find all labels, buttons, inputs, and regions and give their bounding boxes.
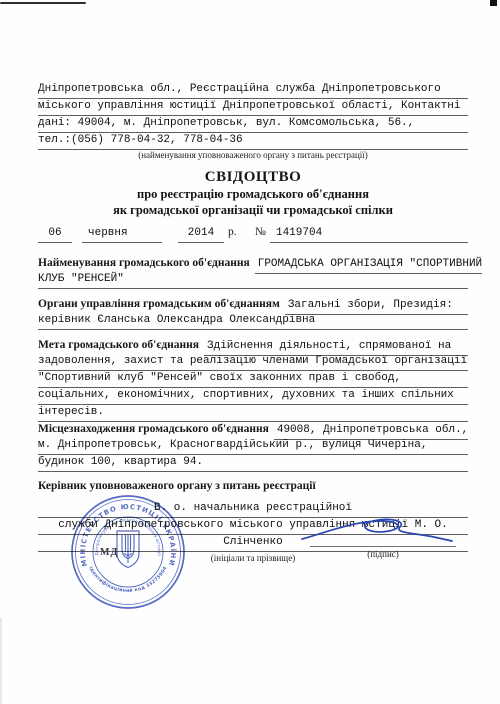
stamp-ring-top-text: ★ МІНІСТЕРСТВО ЮСТИЦІЇ УКРАЇНИ ★ [68, 492, 178, 567]
field-purpose-value: задоволення, захист та реалізацію членам… [38, 354, 468, 371]
number-sign: № [255, 226, 270, 238]
field-governing-bodies: Органи управління громадським об'єднання… [38, 297, 468, 330]
field-governing-bodies-value: керівник Єланська Олександра Олександрів… [38, 313, 468, 330]
ministry-stamp: ★ МІНІСТЕРСТВО ЮСТИЦІЇ УКРАЇНИ ★ ідентиф… [68, 492, 188, 612]
field-purpose-value: "Спортивний клуб "Ренсей" своїх законних… [38, 371, 468, 388]
year-suffix: р. [224, 226, 246, 238]
field-location-label: Місцезнаходження громадського об'єднання [38, 422, 274, 437]
certificate-number: 1419704 [270, 226, 468, 243]
field-purpose-value: інтересів. [38, 405, 468, 422]
field-name: Найменування громадського об'єднання ГРО… [38, 256, 468, 289]
issuer-line: тел.:(056) 778-04-32, 778-04-36 [38, 133, 468, 150]
stamp-center-mark: МД [100, 547, 118, 558]
scan-artifact-top-right [490, 0, 497, 6]
field-purpose: Мета громадського об'єднання Здійснення … [38, 338, 468, 422]
field-location-value: будинок 100, квартира 94. [38, 455, 468, 472]
scan-artifact-left-edge [0, 618, 2, 704]
field-purpose-value: соціальних, економічних, спортивних, дух… [38, 388, 468, 405]
field-location: Місцезнаходження громадського об'єднання… [38, 422, 468, 472]
date-year: 2014 [178, 226, 224, 243]
document-subtitle-1: про реєстрацію громадського об'єднання [38, 186, 468, 202]
issuer-line: Дніпропетровська обл., Реєстраційна служ… [38, 82, 468, 99]
issuer-caption: (найменування уповноваженого органу з пи… [38, 150, 468, 161]
field-purpose-label: Мета громадського об'єднання [38, 338, 204, 353]
issuer-line: міського управління юстиції Дніпропетров… [38, 99, 468, 116]
field-governing-bodies-label: Органи управління громадським об'єднання… [38, 297, 285, 312]
issuer-block: Дніпропетровська обл., Реєстраційна служ… [38, 82, 468, 161]
issuer-line: дані: 49004, м. Дніпропетровськ, вул. Ко… [38, 116, 468, 133]
date-number-row: 06 червня 2014 р. № 1419704 [38, 226, 468, 243]
signature-caption: (підпис) [310, 549, 456, 560]
field-name-value: КЛУБ "РЕНСЕЙ" [38, 272, 468, 289]
trident-emblem-icon [117, 531, 139, 568]
document-subtitle-2: як громадської організації чи громадсько… [38, 202, 468, 218]
signature-stroke [302, 519, 452, 541]
certificate-page: Дніпропетровська обл., Реєстраційна служ… [0, 0, 500, 704]
date-day: 06 [38, 226, 72, 243]
field-name-value: ГРОМАДСЬКА ОРГАНІЗАЦІЯ "СПОРТИВНИЙ [255, 257, 482, 274]
date-month: червня [82, 226, 162, 243]
handwritten-signature [296, 512, 466, 548]
document-title: СВІДОЦТВО [38, 168, 468, 186]
stamp-ring-bottom-text: ідентифікаційний код 33275904 [87, 565, 168, 594]
field-name-label: Найменування громадського об'єднання [38, 256, 255, 271]
field-location-value: м. Дніпропетровськ, Красногвардійський р… [38, 438, 468, 455]
